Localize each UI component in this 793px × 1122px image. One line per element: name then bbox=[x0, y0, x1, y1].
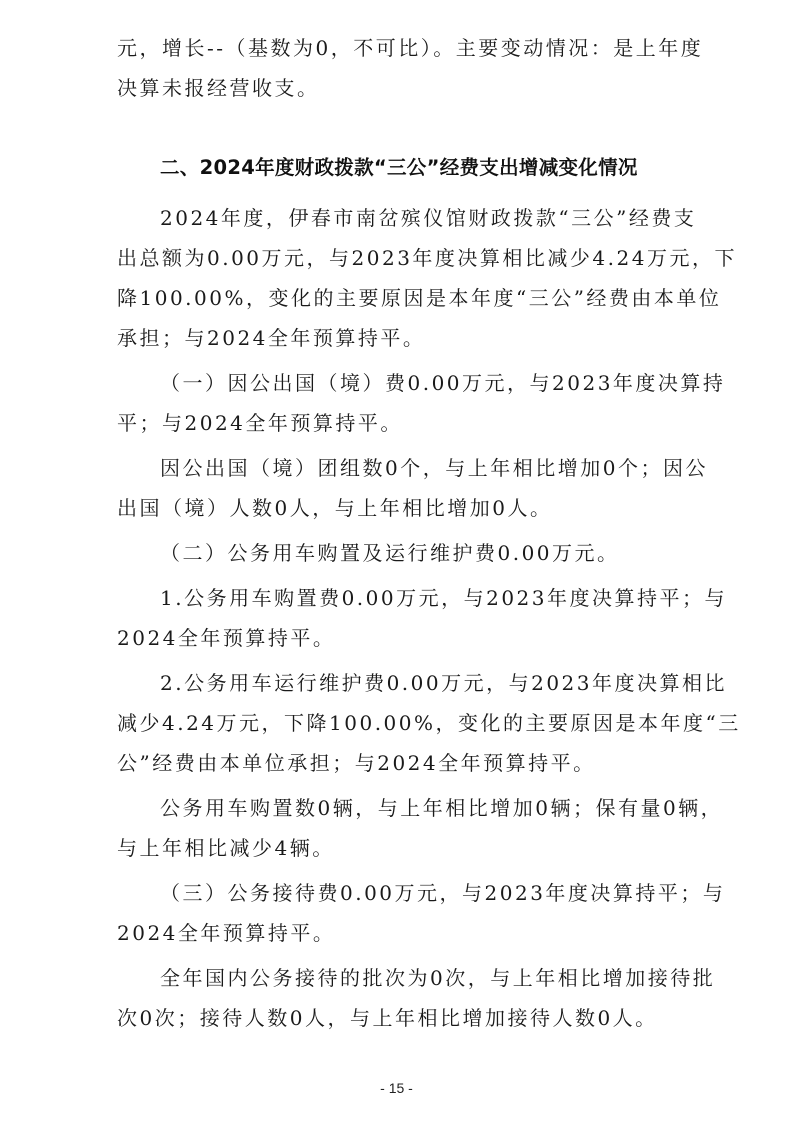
paragraph-line: 与上年相比减少4辆。 bbox=[117, 835, 683, 861]
paragraph-line: 2024全年预算持平。 bbox=[117, 920, 683, 946]
subsection-heading: （二）公务用车购置及运行维护费0.00万元。 bbox=[160, 540, 683, 566]
section-heading: 二、2024年度财政拨款“三公”经费支出增减变化情况 bbox=[160, 155, 638, 181]
paragraph-line: 减少4.24万元，下降100.00%，变化的主要原因是本年度“三 bbox=[117, 710, 683, 736]
paragraph-line: 出国（境）人数0人，与上年相比增加0人。 bbox=[117, 495, 683, 521]
page-number: - 15 - bbox=[0, 1080, 793, 1096]
paragraph-line: 1.公务用车购置费0.00万元，与2023年度决算持平；与 bbox=[160, 585, 683, 611]
paragraph-line: 全年国内公务接待的批次为0次，与上年相比增加接待批 bbox=[160, 965, 683, 991]
paragraph-line: 2024全年预算持平。 bbox=[117, 625, 683, 651]
paragraph-line: 降100.00%，变化的主要原因是本年度“三公”经费由本单位 bbox=[117, 285, 683, 311]
paragraph-line: 因公出国（境）团组数0个，与上年相比增加0个；因公 bbox=[160, 455, 683, 481]
paragraph-line: 公”经费由本单位承担；与2024全年预算持平。 bbox=[117, 750, 683, 776]
paragraph-line: 公务用车购置数0辆，与上年相比增加0辆；保有量0辆， bbox=[160, 795, 683, 821]
paragraph-line: 承担；与2024全年预算持平。 bbox=[117, 325, 683, 351]
paragraph-line: 2.公务用车运行维护费0.00万元，与2023年度决算相比 bbox=[160, 670, 683, 696]
paragraph-line: 决算未报经营收支。 bbox=[117, 75, 683, 101]
paragraph-line: （一）因公出国（境）费0.00万元，与2023年度决算持 bbox=[160, 370, 683, 396]
paragraph-line: 元，增长--（基数为0，不可比）。主要变动情况：是上年度 bbox=[117, 35, 683, 61]
paragraph-line: 2024年度，伊春市南岔殡仪馆财政拨款“三公”经费支 bbox=[160, 205, 683, 231]
paragraph-line: 次0次；接待人数0人，与上年相比增加接待人数0人。 bbox=[117, 1005, 683, 1031]
paragraph-line: （三）公务接待费0.00万元，与2023年度决算持平；与 bbox=[160, 880, 683, 906]
paragraph-line: 出总额为0.00万元，与2023年度决算相比减少4.24万元，下 bbox=[117, 245, 683, 271]
paragraph-line: 平；与2024全年预算持平。 bbox=[117, 410, 683, 436]
